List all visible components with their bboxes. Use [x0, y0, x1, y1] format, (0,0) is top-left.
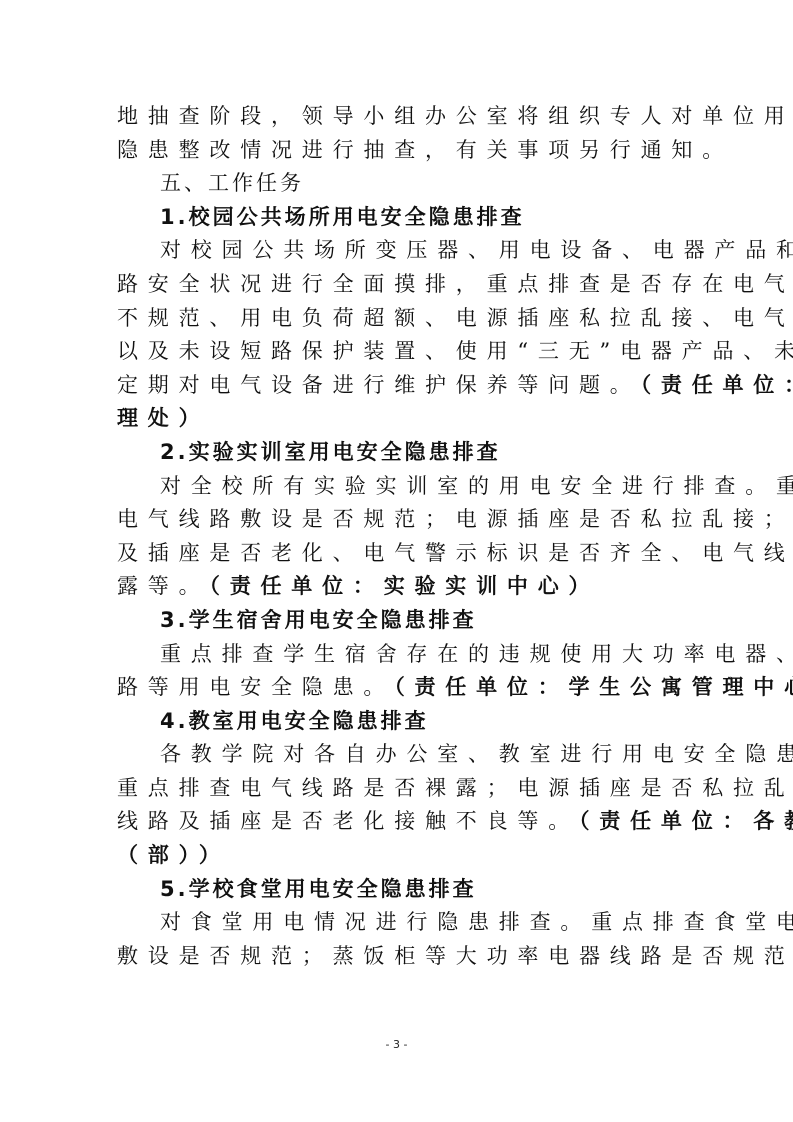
text: 敷设是否规范；蒸饭柜等大功率电器线路是否规范；用电负 — [117, 944, 793, 968]
paragraph-line: 重点排查学生宿舍存在的违规使用大功率电器、私接线 — [117, 638, 683, 672]
paragraph-line: 隐患整改情况进行抽查，有关事项另行通知。 — [117, 134, 683, 168]
page-number: - 3 - — [0, 1038, 793, 1051]
text: 路等用电安全隐患。 — [117, 675, 394, 699]
text: 重点排查学生宿舍存在的违规使用大功率电器、私接线 — [160, 642, 793, 666]
paragraph-line: 对食堂用电情况进行隐患排查。重点排查食堂电气线路 — [117, 906, 683, 940]
document-body: 地抽查阶段，领导小组办公室将组织专人对单位用电排查、 隐患整改情况进行抽查，有关… — [117, 100, 683, 973]
paragraph-line: 以及未设短路保护装置、使用“三无”电器产品、未按规定 — [117, 335, 683, 369]
text: 线路及插座是否老化接触不良等。 — [117, 809, 579, 833]
paragraph-line: 敷设是否规范；蒸饭柜等大功率电器线路是否规范；用电负 — [117, 940, 683, 974]
subsection-heading-2: 2.实验实训室用电安全隐患排查 — [117, 436, 683, 470]
subsection-title: 4.教室用电安全隐患排查 — [160, 709, 429, 733]
subsection-heading-4: 4.教室用电安全隐患排查 — [117, 705, 683, 739]
responsible-unit: （责任单位：各教学院 — [579, 809, 793, 833]
subsection-title: 2.实验实训室用电安全隐患排查 — [160, 440, 501, 464]
text: 地抽查阶段，领导小组办公室将组织专人对单位用电排查、 — [117, 104, 793, 128]
section-title: 五、工作任务 — [160, 171, 304, 195]
paragraph-line: 及插座是否老化、电气警示标识是否齐全、电气线路是否裸 — [117, 537, 683, 571]
document-page: 地抽查阶段，领导小组办公室将组织专人对单位用电排查、 隐患整改情况进行抽查，有关… — [0, 0, 793, 1122]
paragraph-line: 线路及插座是否老化接触不良等。（责任单位：各教学院 — [117, 805, 683, 839]
paragraph-line: 露等。（责任单位：实验实训中心） — [117, 570, 683, 604]
responsible-unit: 理处） — [117, 406, 209, 430]
paragraph-line: 重点排查电气线路是否裸露；电源插座是否私拉乱接；电气 — [117, 772, 683, 806]
subsection-heading-5: 5.学校食堂用电安全隐患排查 — [117, 873, 683, 907]
subsection-title: 3.学生宿舍用电安全隐患排查 — [160, 608, 477, 632]
responsible-unit: （责任单位：后勤管 — [641, 373, 793, 397]
text: 对校园公共场所变压器、用电设备、电器产品和电气线 — [160, 238, 793, 262]
text: 各教学院对各自办公室、教室进行用电安全隐患排查。 — [160, 742, 793, 766]
subsection-title: 5.学校食堂用电安全隐患排查 — [160, 877, 477, 901]
paragraph-line: 路等用电安全隐患。（责任单位：学生公寓管理中心） — [117, 671, 683, 705]
responsible-unit: （责任单位：实验实训中心） — [209, 574, 599, 598]
text: 不规范、用电负荷超额、电源插座私拉乱接、电气线路老化 — [117, 306, 793, 330]
text: 定期对电气设备进行维护保养等问题。 — [117, 373, 641, 397]
paragraph-line: 理处） — [117, 402, 683, 436]
subsection-heading-1: 1.校园公共场所用电安全隐患排查 — [117, 201, 683, 235]
paragraph-line: 不规范、用电负荷超额、电源插座私拉乱接、电气线路老化 — [117, 302, 683, 336]
paragraph-line: 路安全状况进行全面摸排，重点排查是否存在电气线路敷设 — [117, 268, 683, 302]
text: 隐患整改情况进行抽查，有关事项另行通知。 — [117, 138, 733, 162]
responsible-unit: （部）） — [117, 843, 230, 867]
paragraph-line: 地抽查阶段，领导小组办公室将组织专人对单位用电排查、 — [117, 100, 683, 134]
text: 对食堂用电情况进行隐患排查。重点排查食堂电气线路 — [160, 910, 793, 934]
text: 以及未设短路保护装置、使用“三无”电器产品、未按规定 — [117, 339, 793, 363]
text: 路安全状况进行全面摸排，重点排查是否存在电气线路敷设 — [117, 272, 793, 296]
section-heading: 五、工作任务 — [117, 167, 683, 201]
subsection-heading-3: 3.学生宿舍用电安全隐患排查 — [117, 604, 683, 638]
responsible-unit: （责任单位：学生公寓管理中心） — [394, 675, 793, 699]
text: 露等。 — [117, 574, 209, 598]
text: 对全校所有实验实训室的用电安全进行排查。重点排查 — [160, 474, 793, 498]
paragraph-line: 对全校所有实验实训室的用电安全进行排查。重点排查 — [117, 470, 683, 504]
subsection-title: 1.校园公共场所用电安全隐患排查 — [160, 205, 525, 229]
paragraph-line: 定期对电气设备进行维护保养等问题。（责任单位：后勤管 — [117, 369, 683, 403]
paragraph-line: （部）） — [117, 839, 683, 873]
text: 重点排查电气线路是否裸露；电源插座是否私拉乱接；电气 — [117, 776, 793, 800]
paragraph-line: 电气线路敷设是否规范；电源插座是否私拉乱接；电气线路 — [117, 503, 683, 537]
text: 及插座是否老化、电气警示标识是否齐全、电气线路是否裸 — [117, 541, 793, 565]
text: 电气线路敷设是否规范；电源插座是否私拉乱接；电气线路 — [117, 507, 793, 531]
paragraph-line: 各教学院对各自办公室、教室进行用电安全隐患排查。 — [117, 738, 683, 772]
paragraph-line: 对校园公共场所变压器、用电设备、电器产品和电气线 — [117, 234, 683, 268]
